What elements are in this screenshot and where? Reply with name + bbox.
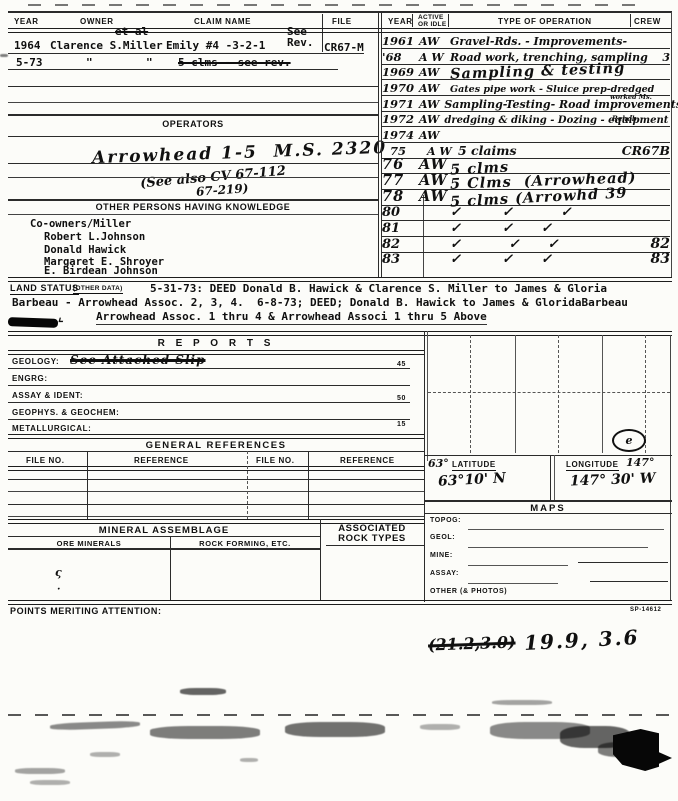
grid-line xyxy=(428,392,670,393)
claim-row-owner: Clarence S.Miller xyxy=(50,39,163,52)
ruled-line xyxy=(8,368,410,369)
op-checkmarks: ✓ ✓ ✓ xyxy=(450,221,665,236)
ops-header-year: YEAR xyxy=(388,17,413,26)
maps-geol-label: GEOL: xyxy=(430,534,455,541)
op-year: 1974 xyxy=(382,128,414,142)
ruled-line xyxy=(8,69,338,70)
hand-mark: ⌞ xyxy=(58,310,64,324)
ruled-line xyxy=(8,86,378,87)
op-year: 1972 xyxy=(382,112,414,126)
op-status: AW xyxy=(419,156,445,173)
longitude-value-handwriting: 147° 30' W xyxy=(570,471,656,490)
op-status: AW xyxy=(419,82,445,95)
claims-header-owner: OWNER xyxy=(80,17,114,26)
circled-mark: e xyxy=(612,429,646,452)
ruled-line xyxy=(468,547,648,548)
column-tick xyxy=(322,14,323,52)
scan-speck xyxy=(0,54,8,57)
associated-rock-types-label: ROCK TYPES xyxy=(320,533,424,544)
op-year: 77 xyxy=(382,172,414,189)
other-person-name: Donald Hawick xyxy=(44,244,126,256)
mineral-assemblage-title: MINERAL ASSEMBLAGE xyxy=(8,525,320,536)
op-status: AW xyxy=(419,35,445,48)
ruled-line xyxy=(8,451,424,452)
op-note: Sampling-Testing- Road improvements xyxy=(444,98,678,111)
engrg-label: ENGRG: xyxy=(12,374,48,383)
line-number: 15 xyxy=(397,421,406,428)
ops-header-active: ACTIVE xyxy=(418,14,444,21)
op-year: 76 xyxy=(382,156,414,173)
ruled-line xyxy=(578,562,668,563)
op-crew: 83 xyxy=(651,251,670,267)
op-year: 81 xyxy=(382,221,414,236)
scan-speck xyxy=(30,780,70,785)
section-line xyxy=(8,199,378,201)
ruled-line xyxy=(8,479,424,480)
op-checkmarks: ✓ ✓ ✓ xyxy=(450,237,646,252)
table-column-line xyxy=(87,451,88,519)
grid-line xyxy=(515,335,516,453)
operation-row: 82 ✓ ✓ ✓ 82 xyxy=(382,237,670,253)
scan-blotch xyxy=(613,729,659,771)
annotation-rev: Rev. xyxy=(287,36,314,49)
op-year: 1970 xyxy=(382,81,414,95)
op-year: 82 xyxy=(382,237,414,252)
assay-ident-label: ASSAY & IDENT: xyxy=(12,391,83,400)
op-year: 83 xyxy=(382,252,414,267)
other-person-name: Robert L.Johnson xyxy=(44,231,145,243)
ruled-line xyxy=(468,565,568,566)
op-year: '68 xyxy=(382,50,414,64)
hand-mark: · xyxy=(57,584,60,595)
op-status: AW xyxy=(419,188,445,205)
operation-row: 81 ✓ ✓ ✓ xyxy=(382,221,670,237)
column-tick xyxy=(448,14,449,27)
ruled-line xyxy=(8,504,424,505)
other-persons-group: Co-owners/Miller xyxy=(30,218,131,230)
operation-row: 1971 AW Sampling-Testing- Road improveme… xyxy=(382,96,670,112)
ruled-line xyxy=(8,536,320,537)
longitude-label: LONGITUDE xyxy=(566,460,619,471)
genref-col-file-no: FILE NO. xyxy=(26,456,65,465)
scan-noise-line xyxy=(8,714,670,716)
panel-divider xyxy=(424,331,425,602)
land-status-line3: Arrowhead Assoc. 1 thru 4 & Arrowhead As… xyxy=(96,310,487,325)
column-tick xyxy=(630,14,631,27)
ore-minerals-col: ORE MINERALS xyxy=(8,539,170,548)
section-divider xyxy=(8,331,672,336)
operation-row: 1969 AW Sampling & testing xyxy=(382,64,670,80)
points-meriting-attention-label: POINTS MERITING ATTENTION: xyxy=(10,606,162,616)
column-divider xyxy=(554,455,555,500)
table-column-line xyxy=(247,451,248,519)
grid-line xyxy=(602,335,603,453)
ops-header-crew: CREW xyxy=(634,17,661,26)
maps-assay-label: ASSAY: xyxy=(430,570,459,577)
section-line xyxy=(424,500,672,502)
panel-divider xyxy=(378,12,379,277)
scan-blotch xyxy=(654,750,672,766)
latitude-label: LATITUDE xyxy=(452,460,496,471)
claim-row-claim: Emily #4 -3-2-1 xyxy=(166,39,265,52)
right-border xyxy=(670,335,671,600)
land-status-line1: 5-31-73: DEED Donald B. Hawick & Clarenc… xyxy=(150,282,607,295)
table-column-line xyxy=(308,451,309,519)
op-year: 1961 xyxy=(382,34,414,48)
line-number: 50 xyxy=(397,395,406,402)
latitude-value-handwriting: 63°10' N xyxy=(438,470,507,490)
maps-other-label: OTHER (& PHOTOS) xyxy=(430,588,507,595)
panel-divider xyxy=(427,331,428,461)
general-references-title: GENERAL REFERENCES xyxy=(8,440,424,451)
revised-values-handwriting: 19.9, 3.6 xyxy=(523,625,640,655)
operation-row: 1974 AW xyxy=(382,127,670,143)
section-line xyxy=(8,114,378,116)
scan-smudge xyxy=(50,720,140,730)
scan-smudge xyxy=(285,722,385,737)
scan-smudge xyxy=(492,700,552,705)
line-number: 45 xyxy=(397,361,406,368)
operation-row: 83 ✓ ✓ ✓ 83 xyxy=(382,252,670,267)
annotation-et-al: et al xyxy=(115,25,148,38)
ruled-line xyxy=(8,163,378,164)
op-status: AW xyxy=(419,66,445,79)
op-checkmarks: ✓ ✓ ✓ xyxy=(450,252,646,267)
operation-row: 78 AW 5 clms (Arrowhd 39 xyxy=(382,190,670,206)
land-status-label-paren: (OTHER DATA) xyxy=(73,285,123,294)
op-year: 1971 xyxy=(382,97,414,111)
ruled-line xyxy=(424,513,672,514)
ops-header-active: OR IDLE xyxy=(418,21,446,28)
table-column-line xyxy=(320,519,321,600)
maps-mine-label: MINE: xyxy=(430,552,453,559)
circled-mark-glyph: e xyxy=(626,434,633,447)
operators-see-also-handwriting: 67-219) xyxy=(196,181,249,199)
ruled-line xyxy=(8,385,410,386)
grid-line xyxy=(645,335,646,453)
ruled-line xyxy=(8,491,424,492)
op-year: 78 xyxy=(382,188,414,205)
latitude-prefix-handwriting: 63° xyxy=(428,457,449,470)
op-year: 1969 xyxy=(382,65,414,79)
ruled-line xyxy=(8,53,364,54)
scan-blotch xyxy=(8,317,58,328)
ruled-line xyxy=(468,529,664,530)
maps-topog-label: TOPOG: xyxy=(430,517,461,524)
ruled-line xyxy=(8,466,424,471)
op-crew: 82 xyxy=(651,236,670,252)
geology-label: GEOLOGY: xyxy=(12,357,59,366)
struck-values-handwriting: (21.2,3.0) xyxy=(428,632,516,654)
longitude-suffix-handwriting: 147° xyxy=(626,456,654,469)
operators-title: OPERATORS xyxy=(8,119,378,129)
scanned-claim-card: YEAR OWNER CLAIM NAME FILE et al See Rev… xyxy=(0,0,678,801)
operation-row: 80 ✓ ✓ ✓ xyxy=(382,205,670,221)
metallurgical-label: METALLURGICAL: xyxy=(12,424,91,433)
ruled-line xyxy=(8,516,424,517)
scan-speck xyxy=(240,758,258,762)
scan-noise-line xyxy=(28,4,638,6)
ruled-line xyxy=(590,581,668,582)
section-divider xyxy=(8,600,672,605)
claims-header-year: YEAR xyxy=(14,17,39,26)
claim-row-owner: " xyxy=(86,56,93,69)
op-subnote: Rehab. xyxy=(612,114,639,123)
genref-col-reference: REFERENCE xyxy=(134,456,189,465)
ruled-line xyxy=(468,583,558,584)
scan-smudge xyxy=(180,688,226,695)
op-status: AW xyxy=(419,113,439,126)
column-tick xyxy=(412,14,413,27)
form-number: SP-14612 xyxy=(630,607,662,613)
genref-col-reference: REFERENCE xyxy=(340,456,395,465)
land-status-line2: Barbeau - Arrowhead Assoc. 2, 3, 4. 6-8-… xyxy=(12,296,628,309)
ruled-line xyxy=(8,402,410,403)
op-status: AW xyxy=(419,129,445,142)
table-column-line xyxy=(170,536,171,600)
operation-row: 1961 AW Gravel-Rds. - Improvements- xyxy=(382,33,670,49)
claim-row-note: 5 clms - see rev. xyxy=(178,56,291,69)
ruled-line xyxy=(8,102,378,103)
other-person-name: E. Birdean Johnson xyxy=(44,265,158,277)
op-year: 80 xyxy=(382,205,414,220)
scan-smudge xyxy=(150,726,260,739)
scan-speck xyxy=(90,752,120,757)
rock-forming-col: ROCK FORMING, ETC. xyxy=(170,539,320,548)
op-note: Gravel-Rds. - Improvements- xyxy=(450,35,665,48)
ops-header-type: TYPE OF OPERATION xyxy=(498,17,592,26)
right-border xyxy=(671,12,672,277)
ruled-line xyxy=(8,419,410,420)
grid-line xyxy=(558,335,559,453)
ruled-line xyxy=(8,136,378,137)
op-status: AW xyxy=(419,172,445,189)
claim-row-claim: " xyxy=(146,56,153,69)
ruled-line xyxy=(8,214,378,215)
ruled-line xyxy=(326,545,424,546)
claims-header-claim-name: CLAIM NAME xyxy=(194,17,251,26)
reports-title: R E P O R T S xyxy=(8,338,424,349)
geology-value-struck: See Attached Slip xyxy=(70,353,205,367)
hand-mark: ς xyxy=(55,566,62,579)
scan-speck xyxy=(15,768,65,774)
other-persons-title: OTHER PERSONS HAVING KNOWLEDGE xyxy=(8,202,378,212)
geophys-geochem-label: GEOPHYS. & GEOCHEM: xyxy=(12,408,119,417)
op-checkmarks: ✓ ✓ ✓ xyxy=(450,205,665,220)
top-border xyxy=(8,11,672,13)
claim-row-year: 5-73 xyxy=(16,56,43,69)
ruled-line xyxy=(8,177,378,178)
ruled-line xyxy=(8,548,320,550)
grid-line xyxy=(470,335,471,453)
claims-header-file: FILE xyxy=(332,17,352,26)
op-status: A W xyxy=(419,51,445,64)
claim-row-year: 1964 xyxy=(14,39,41,52)
section-divider xyxy=(8,434,424,439)
scan-smudge xyxy=(420,724,460,730)
land-status-label: LAND STATUS xyxy=(10,283,79,295)
op-status: AW xyxy=(419,98,439,111)
column-divider xyxy=(550,455,551,500)
genref-col-file-no: FILE NO. xyxy=(256,456,295,465)
